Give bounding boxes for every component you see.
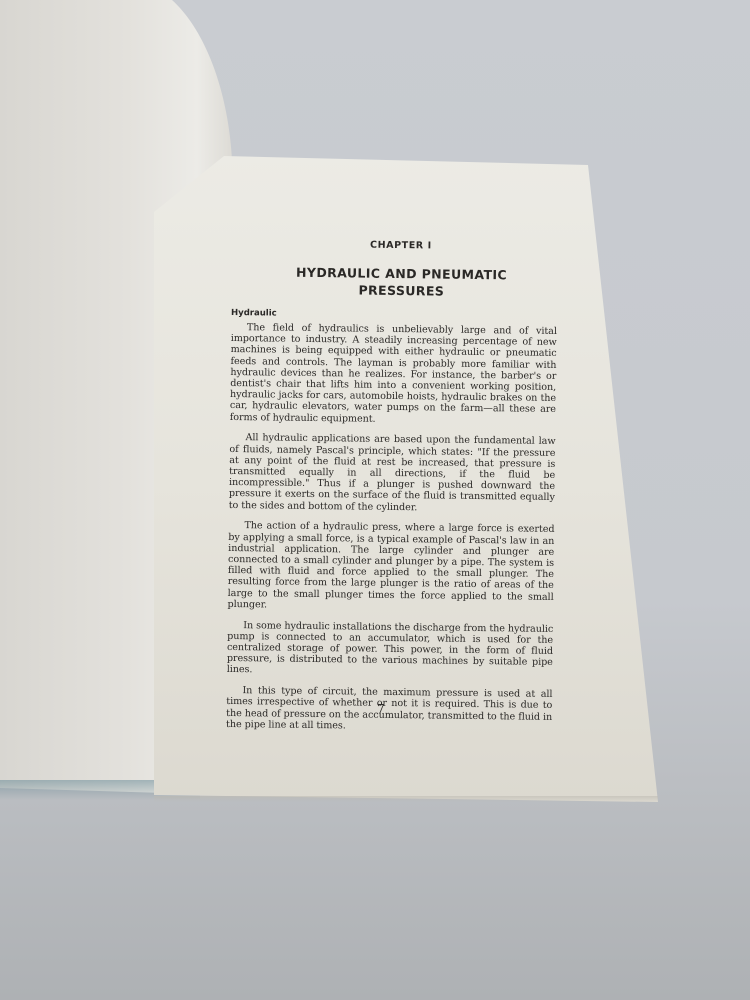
page-edge-shadow [154, 796, 658, 802]
page-number: 7 [377, 702, 385, 716]
paragraph: In this type of circuit, the maximum pre… [226, 685, 553, 734]
section-heading: Hydraulic [231, 308, 557, 322]
paragraph: In some hydraulic installations the disc… [227, 620, 554, 680]
paragraph: The field of hydraulics is unbelievably … [230, 322, 557, 427]
chapter-title: HYDRAULIC AND PNEUMATIC PRESSURES [245, 263, 557, 301]
chapter-title-line-2: PRESSURES [245, 280, 557, 301]
paragraph: All hydraulic applications are based upo… [229, 432, 556, 514]
paragraph: The action of a hydraulic press, where a… [227, 520, 554, 614]
page-content: CHAPTER I HYDRAULIC AND PNEUMATIC PRESSU… [226, 238, 558, 744]
